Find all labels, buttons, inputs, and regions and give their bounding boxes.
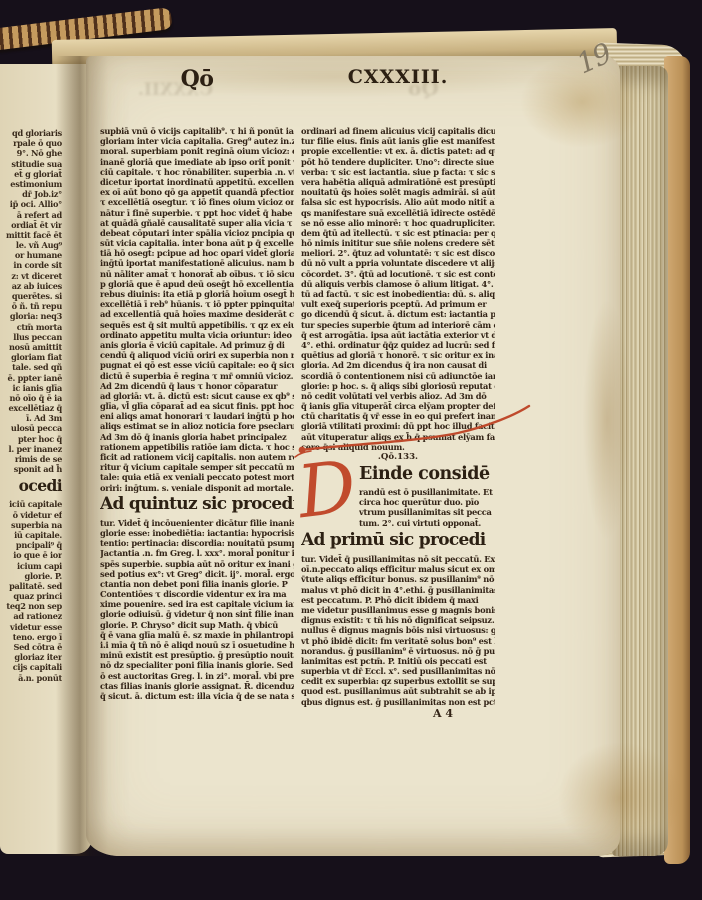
text-line: se nō esse alio minorē: τ hoc quadruplic…	[301, 218, 495, 228]
text-line: in corde sit	[0, 260, 62, 270]
facing-page-text-fragments: qd gloriarisrpale ō quo9°. Nō ghestitudi…	[0, 128, 62, 683]
text-line: dictū ē superbia ē regina τ mr̄ omniū vi…	[100, 371, 294, 381]
text-line: nouitatū q̄s hoīes solēt magis admirāi. …	[301, 187, 495, 197]
fore-edge-page-stack	[612, 66, 668, 856]
text-line: oriri: inḡtum. s. veniale disponit ad mo…	[100, 483, 294, 493]
text-line: tale. sed qñ	[0, 362, 62, 372]
text-line: pōt hō tendere dupliciter. Uno°: directe…	[301, 157, 495, 167]
text-line: p gloriā que ē apud deū oseḡt hō excelle…	[100, 279, 294, 289]
text-line: inḡtū iportat manifestationē alicuius. n…	[100, 258, 294, 268]
text-line: q̄ ianis glīa vituperāt̄ circa elȳam pro…	[301, 401, 495, 411]
text-line: excellētiā ī reb⁹ hūanis. τ iō ppter ppi…	[100, 299, 294, 309]
fragment-lines-upper: qd gloriarisrpale ō quo9°. Nō ghestitudi…	[0, 128, 62, 474]
text-line: iciū capitale	[0, 499, 62, 509]
text-line: dr̄ Job.iz°	[0, 189, 62, 199]
text-line: ad gloriā: vt. ā. dictū est: sicut cause…	[100, 391, 294, 401]
text-line: nō oīo q̄ ē ia	[0, 393, 62, 403]
right-column-upper-lines: ordinari ad finem alicuius vicij capital…	[301, 126, 495, 452]
text-line: aliqs estimat se in alioz noticia fore p…	[100, 421, 294, 431]
text-line: tur. Videt̄ q̄ pusillanimitas nō sit pec…	[301, 554, 495, 564]
text-line: malus vt phō dicit in 4°.ethi. ḡ pusilla…	[301, 585, 495, 595]
text-line: sequēs est q̄ sit multū appetibilis. τ q…	[100, 320, 294, 330]
text-line: ctū charitatis q̄ vr̄ esse in eo qui pre…	[301, 411, 495, 421]
left-text-column: supbiā vnū ō vicijs capitalib⁹. τ hi ñ p…	[100, 126, 294, 701]
text-line: estimonium	[0, 179, 62, 189]
text-line: ō ñ. tñ repu	[0, 301, 62, 311]
text-line: eni aliqs amat honorari τ laudari inḡtū …	[100, 411, 294, 421]
text-line: hō nimis inititur sue sñie nolens creder…	[301, 238, 495, 248]
text-line: anis gloria ē viciū capitale. Ad primuz …	[100, 340, 294, 350]
section-heading: Ad quintuz sic procedi	[100, 493, 294, 518]
section-heading: Ad primū sic procedi	[301, 529, 495, 554]
text-line: ciū capitale. τ hoc rōnabiliter. superbi…	[100, 167, 294, 177]
text-line: glorie esse: inobediētia: iactantia: hyp…	[100, 528, 294, 538]
text-line: tur species superbie q̄tum ad interiorē …	[301, 320, 495, 330]
folio-number: CXXXIII.	[301, 66, 495, 88]
text-line: tur filie eius. finis aūt ianis glīe est…	[301, 136, 495, 146]
text-line: tentio: pertinacia: discordia: nouitatū …	[100, 538, 294, 548]
text-line: τ excellētiā osegtur. τ iō fines oium vi…	[100, 197, 294, 207]
text-line: teq2 non sep	[0, 601, 62, 611]
left-column-upper-lines: supbiā vnū ō vicijs capitalib⁹. τ hi ñ p…	[100, 126, 294, 493]
text-line: cijs capitali	[0, 662, 62, 672]
text-line: llus peccan	[0, 332, 62, 342]
text-line: sed potius ex°: vt Greg° dicit. ij°. mor…	[100, 569, 294, 579]
text-line: q̄ est arrogātia. ipsa aūt iactātia exte…	[301, 330, 495, 340]
text-line: q̄ sicut. ā. dictum est: illa vicia q̄ d…	[100, 691, 294, 701]
text-line: qbus dignus est. ḡ pusillanimitas non es…	[301, 697, 495, 707]
right-column-lower-lines: tur. Videt̄ q̄ pusillanimitas nō sit pec…	[301, 554, 495, 707]
left-column-lower-lines: tur. Videt̄ q̄ incōuenienter dicātur fil…	[100, 518, 294, 701]
text-line: gloria. Ad 2m dicendus q̄ ira non causat…	[301, 360, 495, 370]
text-line: glīa, vl̄ glīa cōparat̄ ad ea sicut fini…	[100, 401, 294, 411]
text-line: or humane	[0, 250, 62, 260]
text-line: vtrum pusillanimitas sit pecca	[359, 507, 495, 517]
text-line: pter hoc q̄	[0, 434, 62, 444]
text-line: glorie: p hoc. s. q̄ aliqs sibi gloriosū…	[301, 381, 495, 391]
text-line: nō cedit volūtati vel verbis alioz. Ad 3…	[301, 391, 495, 401]
text-line: ā.n. ponūt	[0, 673, 62, 683]
text-line: pugnat ei qō est esse viciū capitale: eo…	[100, 360, 294, 370]
text-line: gloriaz iter	[0, 652, 62, 662]
running-header: Qō	[100, 66, 294, 92]
text-line: randū est ō pusillanimitate. Et	[359, 487, 495, 497]
text-line: norandus. ḡ pusillanim⁹ ē virtuosus. nō …	[301, 646, 495, 656]
text-line: ā refert ad	[0, 210, 62, 220]
text-line: debeat cōputari inter spālia vicioz pnci…	[100, 228, 294, 238]
text-line: videtur esse	[0, 622, 62, 632]
text-line: mittit facē ēt	[0, 230, 62, 240]
text-line: Jactantia .n. fm Greg. l. xxx°. moral̄ p…	[100, 548, 294, 558]
text-line: oī.n.peccato aliqs efficitur malus sicut…	[301, 564, 495, 574]
text-line: iū capitale.	[0, 530, 62, 540]
fragment-lines-lower: iciū capitaleō videtur efsuperbia naiū c…	[0, 499, 62, 682]
decorated-initial-block: D Einde considē randū est ō pusillanimit…	[301, 463, 495, 529]
text-line: nū nāliter amat̄ τ honorat̄ ab oībus. τ …	[100, 269, 294, 279]
text-line: glorie odiuisū. ḡ videtur q̄ non sint̄ f…	[100, 609, 294, 619]
text-line: ex oī aūt bono qō ga appetit̄ quandā pfe…	[100, 187, 294, 197]
photograph-of-open-incunable: qd gloriarisrpale ō quo9°. Nō ghestitudi…	[0, 0, 702, 900]
text-line: qs manifestare suā excellētiā īdirecte o…	[301, 208, 495, 218]
text-line: tum. 2°. cui virtuti opponat̄.	[359, 518, 495, 528]
text-line: icium capi	[0, 561, 62, 571]
text-line: ad rationez	[0, 611, 62, 621]
text-line: dicetur iportat inordinatū appetitū. exc…	[100, 177, 294, 187]
chapter-incipit-heading: Einde considē	[359, 463, 495, 487]
text-line: rimis de se	[0, 454, 62, 464]
text-line: verba: τ sic est iactantia. siue p facta…	[301, 167, 495, 177]
text-line: meliori. 2°. q̄tuz ad voluntatē: τ sic e…	[301, 248, 495, 258]
text-line: rpale ō quo	[0, 138, 62, 148]
text-line: tiā hō osegt̄: pcipue ad hoc opari videt…	[100, 248, 294, 258]
text-line: ō videtur ef	[0, 510, 62, 520]
text-line: ic ianis glīa	[0, 383, 62, 393]
text-line: lanimitas est pctm̄. P. Initiū ois pecca…	[301, 656, 495, 666]
text-line: nullus ē dignus magnis bōis nisi virtuos…	[301, 625, 495, 635]
text-line: nosū amittit	[0, 342, 62, 352]
text-line: me videtur pusillanimus esse g magnis bo…	[301, 605, 495, 615]
text-line: Ad 2m dicendū q̄ laus τ honor cōparatur	[100, 381, 294, 391]
text-line: quētius ad gloriā τ honorē. τ sic oritur…	[301, 350, 495, 360]
text-line: l. per inanez	[0, 444, 62, 454]
text-line: az ab iuices	[0, 281, 62, 291]
text-line: cōcordet. 3°. q̄tū ad locutionē. τ sic e…	[301, 269, 495, 279]
text-line: stitudie sua	[0, 159, 62, 169]
text-line: superbia vt dr̄ Eccl. x°. sed pusillanim…	[301, 666, 495, 676]
text-line: vt phō ibidē dicit: fm veritatē solus bo…	[301, 636, 495, 646]
text-line: ctas filias inanis glorie assignat. R̄. …	[100, 681, 294, 691]
text-line: ulosū pecca	[0, 423, 62, 433]
text-line: qd gloriaris	[0, 128, 62, 138]
text-line: Ad 3m dō q̄ inanis gloria habet principa…	[100, 432, 294, 442]
text-line: ordiat̄ ēt vir	[0, 220, 62, 230]
text-line: spēs superbie. supbia aūt nō oritur ex i…	[100, 559, 294, 569]
text-line: 9°. Nō ghe	[0, 148, 62, 158]
text-line: v̄tute aliqs efficitur bonus. sz pusilla…	[301, 574, 495, 584]
text-line: dū aliquis verbis clamose ō alium litiga…	[301, 279, 495, 289]
text-line: circa hoc querūtur duo. pīo	[359, 497, 495, 507]
initial-indented-lines: randū est ō pusillanimitate. Etcirca hoc…	[359, 487, 495, 528]
text-line: i.i mīa q̄ tñ nō ē aliqd nouū sz ī osuet…	[100, 640, 294, 650]
text-line: ritur q̄ vicium capitale semper sit pecc…	[100, 462, 294, 472]
text-line: falsa sic est hypocrisis. Alio aūt modo …	[301, 197, 495, 207]
text-line: glorie. P. Chryso° dicit sup Math. q̄ vb…	[100, 620, 294, 630]
text-line: quaz princi	[0, 591, 62, 601]
text-line: ctm̄ morta	[0, 322, 62, 332]
text-line: vera habētia aliquā admiratiōnē est pres…	[301, 177, 495, 187]
text-line: vult exeq̄ superioris pceptū. Ad primum …	[301, 299, 495, 309]
text-line: aūt vituperatur aliqs ex h̄ q̄ psumat el…	[301, 432, 495, 442]
text-line: minū existit est presūptio. ḡ presūptio …	[100, 650, 294, 660]
text-line: cendū q̄ aliquod viciū oriri ex superbia…	[100, 350, 294, 360]
text-line: ordinari ad finem alicuius vicij capital…	[301, 126, 495, 136]
text-line: glorie. P.	[0, 571, 62, 581]
text-line: quod est. pusillanimus aūt subtrahit se …	[301, 686, 495, 696]
text-line: pncipali⁹ q̄	[0, 540, 62, 550]
text-line: le. vñ Aug⁹	[0, 240, 62, 250]
facing-page-sliver: qd gloriarisrpale ō quo9°. Nō ghestitudi…	[0, 64, 92, 854]
text-line: sūt vicia capitalia. inter bona aūt p q̄…	[100, 238, 294, 248]
text-line: est peccatum. P. Phō dicit ibidem q̄ max…	[301, 595, 495, 605]
text-line: Sed cōtra ē	[0, 642, 62, 652]
text-line: io que ē ior	[0, 550, 62, 560]
text-line: supbiā vnū ō vicijs capitalib⁹. τ hi ñ p…	[100, 126, 294, 136]
text-line: tur. Videt̄ q̄ incōuenienter dicātur fil…	[100, 518, 294, 528]
text-line: at quādā gñalē causalitatē super alia vi…	[100, 218, 294, 228]
text-line: dem q̄tū ad ītellectū. τ sic est ptinaci…	[301, 228, 495, 238]
text-line: 4°. ethi. ordinatur q̄q̄z quidez ad lucr…	[301, 340, 495, 350]
text-line: scordiā ō contentionem nisi cū adiunctōe…	[301, 371, 495, 381]
text-line: palitatē. sed	[0, 581, 62, 591]
text-line: gloria: neq3	[0, 311, 62, 321]
text-line: nātur ī finē superbie. τ ppt hoc videt̄ …	[100, 208, 294, 218]
fragment-heading: ocedi	[0, 474, 62, 499]
text-line: go dicendū q̄ sicut. ā. dictum est: iact…	[301, 309, 495, 319]
text-line: z: vt diceret	[0, 271, 62, 281]
text-line: moral. superbiam ponit reginā oium vicio…	[100, 146, 294, 156]
text-line: sponit ad h̄	[0, 464, 62, 474]
text-line: et̄ g gloriat̄	[0, 169, 62, 179]
text-line: cedit ex superbia: qz superbus extollit …	[301, 676, 495, 686]
text-line: ficit ad rationem vicij capitalis. non a…	[100, 452, 294, 462]
text-line: ordinato appetitu multa vicia oriuntur: …	[100, 330, 294, 340]
quire-signature: A 4	[301, 707, 495, 720]
text-line: nō dz specialiter poni filia inanis glor…	[100, 660, 294, 670]
text-line: tū ad factū. τ sic est inobedientia: dū.…	[301, 289, 495, 299]
rubricated-initial-letter: D	[294, 454, 359, 525]
text-line: ī. Ad 3m	[0, 413, 62, 423]
text-line: gloriam inter vicia capitalia. Greg⁹ aut…	[100, 136, 294, 146]
text-line: teno. ergo ī	[0, 632, 62, 642]
text-line: superbia na	[0, 520, 62, 530]
text-line: ē. ppter ianē	[0, 373, 62, 383]
text-line: inanē gloriā que imediate ab ipso orit̄ …	[100, 157, 294, 167]
text-line: ip̄ oci. Allio°	[0, 199, 62, 209]
text-line: dū nō vult a ppria voluntate discedere v…	[301, 258, 495, 268]
text-line: ō est auctoritas Greg. l. in zi°. moral̄…	[100, 671, 294, 681]
text-line: excellētiaz q̄	[0, 403, 62, 413]
text-line: ctantia non debet poni filia inanis glor…	[100, 579, 294, 589]
text-line: propie excellentie: vt ex. ā. dictis pat…	[301, 146, 495, 156]
text-line: gloriam fiat	[0, 352, 62, 362]
text-line: dignus existit: τ tñ his nō dignificat s…	[301, 615, 495, 625]
text-line: rebus diuinis: ita etiā p gloriā hoīum o…	[100, 289, 294, 299]
text-line: gloriā vtilitati proximi: dū ppt hoc ill…	[301, 421, 495, 431]
text-line: rationem appetibilis ratiōe iam dicta. τ…	[100, 442, 294, 452]
text-line: q̄ ē vana glīa malū ē. sz maxie in phila…	[100, 630, 294, 640]
right-text-column: ordinari ad finem alicuius vicij capital…	[301, 126, 495, 720]
text-line: Contentiōes τ discordie videntur ex ira …	[100, 589, 294, 599]
text-line: querētes. si	[0, 291, 62, 301]
text-line: ad excellentiā quā hoīes maxime desiderā…	[100, 309, 294, 319]
text-line: tale: quia etiā ex veniali peccato potes…	[100, 472, 294, 482]
text-line: xime pouenire. sed ira est capitale vici…	[100, 599, 294, 609]
